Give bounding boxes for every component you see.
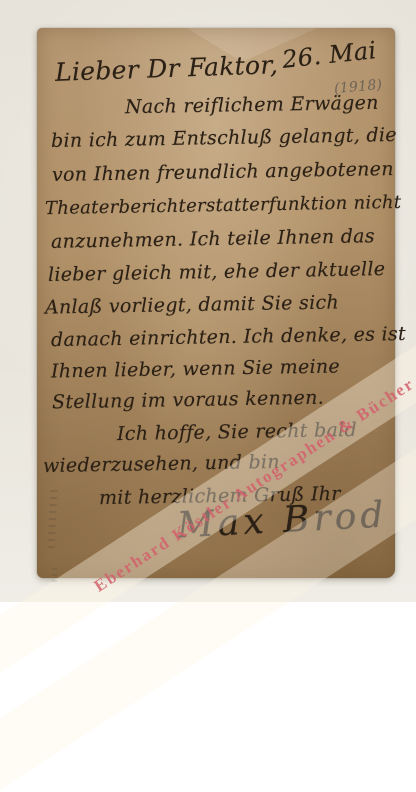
letter-line: Ich hoffe, Sie recht bald (117, 419, 357, 445)
letter-card: Lieber Dr Faktor, 26. Mai (1918) Nach re… (37, 28, 395, 578)
letter-line: Nach reiflichem Erwägen (125, 92, 379, 118)
letter-line: Anlaß vorliegt, damit Sie sich (45, 291, 339, 318)
letter-line: Ihnen lieber, wenn Sie meine (51, 355, 340, 382)
letter-line: anzunehmen. Ich teile Ihnen das (51, 225, 375, 253)
letter-line: danach einrichten. Ich denke, es ist (51, 323, 406, 351)
pencil-marks (47, 490, 57, 548)
letter-line: von Ihnen freundlich angebotenen (52, 158, 394, 186)
salutation: Lieber Dr Faktor, (55, 50, 279, 87)
letter-line: Stellung im voraus kennen. (52, 387, 324, 414)
letter-line: wiederzusehen, und bin (43, 451, 280, 477)
pencil-marks (52, 568, 57, 584)
letter-line: lieber gleich mit, ehe der aktuelle (48, 258, 386, 286)
letter-line: bin ich zum Entschluß gelangt, die (51, 124, 397, 152)
letter-line: Theaterberichterstatterfunktion nicht (45, 192, 402, 219)
